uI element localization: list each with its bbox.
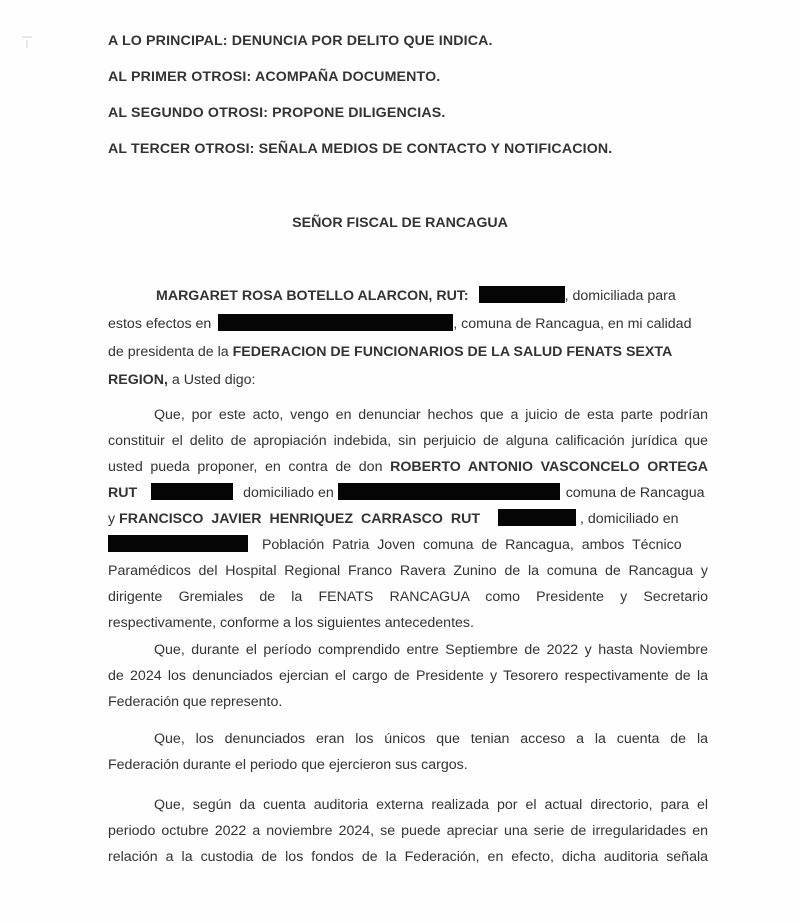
redacted-address (338, 483, 560, 500)
federation-name: FEDERACION DE FUNCIONARIOS DE LA SALUD F… (233, 344, 673, 360)
redacted-rut (479, 286, 565, 303)
addressee-heading: SEÑOR FISCAL DE RANCAGUA (0, 215, 800, 231)
sumilla-tercer-otrosi: AL TERCER OTROSI: SEÑALA MEDIOS DE CONTA… (108, 140, 612, 176)
accused-name-1: ROBERTO ANTONIO VASCONCELO ORTEGA (390, 459, 708, 475)
scan-artifact (22, 36, 32, 38)
redacted-rut (151, 483, 233, 500)
sumilla-segundo-otrosi: AL SEGUNDO OTROSI: PROPONE DILIGENCIAS. (108, 104, 612, 140)
redacted-rut (498, 509, 576, 526)
sumilla-principal: A LO PRINCIPAL: DENUNCIA POR DELITO QUE … (108, 32, 612, 68)
scan-artifact (26, 40, 28, 48)
complainant-name: MARGARET ROSA BOTELLO ALARCON, RUT: (108, 288, 469, 304)
sumilla-primer-otrosi: AL PRIMER OTROSI: ACOMPAÑA DOCUMENTO. (108, 68, 612, 104)
redacted-address (218, 314, 453, 331)
sumilla: A LO PRINCIPAL: DENUNCIA POR DELITO QUE … (108, 32, 612, 176)
redacted-address (108, 535, 248, 552)
accused-name-2: FRANCISCO JAVIER HENRIQUEZ CARRASCO RUT (119, 511, 480, 527)
document-page: A LO PRINCIPAL: DENUNCIA POR DELITO QUE … (0, 0, 800, 923)
